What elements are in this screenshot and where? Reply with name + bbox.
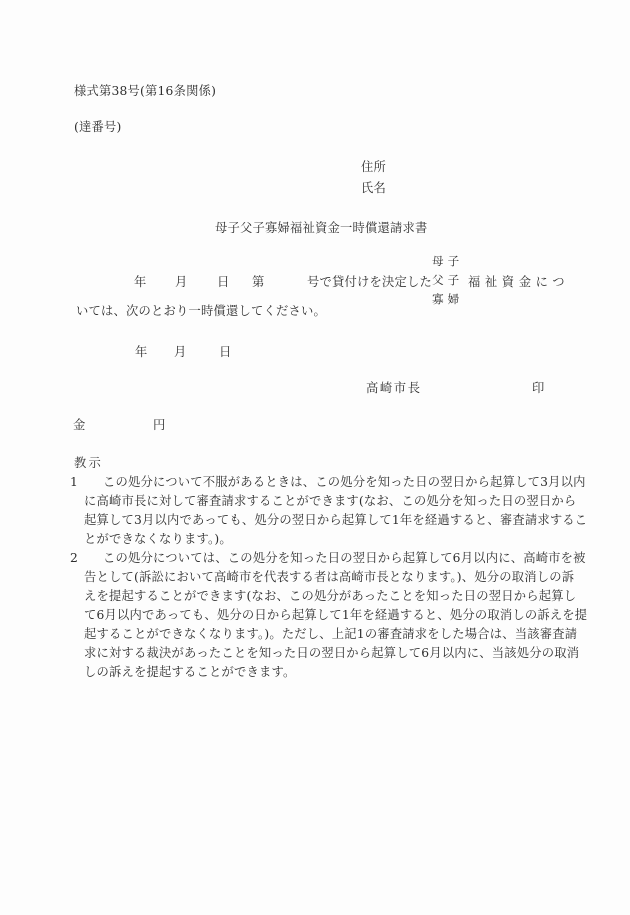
request-continuation-text: いては、次のとおり一時償還してください。 [76,304,326,319]
form-number: 様式第38号(第16条関係) [74,84,216,99]
notice-item2-line: 2 この処分については、この処分を知った日の翌日から起算して6月以内に、高崎市を… [70,551,586,566]
notice-item1-line: 起算して3月以内であっても、処分の翌日から起算して1年を経過すると、審査請求する… [84,513,587,528]
request-fund-text: 福祉資金につ [468,275,569,290]
notice-item2-line: 起することができなくなります。)。ただし、上記1の審査請求をした場合は、当該審査… [84,627,577,642]
request-month-label: 月 [175,275,188,290]
loan-category-fushi: 父子 [432,273,463,287]
request-day-label: 日 [217,275,230,290]
amount-prefix-label: 金 [73,418,86,433]
name-label: 氏名 [361,181,386,196]
notice-heading: 教示 [74,456,103,471]
document-title: 母子父子寡婦福祉資金一時償還請求書 [215,221,427,236]
request-number-prefix: 第 [252,275,265,290]
notice-item2-line: しの訴えを提起することができます。 [84,665,295,680]
date-day-label: 日 [219,345,232,360]
notice-item2-line: えを提起することができます(なお、この処分があったことを知った日の翌日から起算し [84,589,576,604]
doc-ref-number: (達番号) [74,120,122,135]
address-label: 住所 [361,160,386,175]
seal-label: 印 [532,381,545,396]
document-page: 様式第38号(第16条関係) (達番号) 住所 氏名 母子父子寡婦福祉資金一時償… [0,0,630,915]
notice-item2-line: 告として(訴訟において高崎市を代表する者は高崎市長となります。)、処分の取消しの… [84,570,574,585]
amount-unit-label: 円 [153,418,166,433]
request-year-label: 年 [134,275,147,290]
loan-category-kafu: 寡婦 [432,292,463,306]
date-year-label: 年 [135,345,148,360]
loan-category-boshi: 母子 [432,254,463,268]
date-month-label: 月 [174,345,187,360]
notice-item2-line: て6月以内であっても、処分の日から起算して1年を経過すると、処分の取消しの訴えを… [84,608,587,623]
notice-item2-line: 求に対する裁決があったことを知った日の翌日から起算して6月以内に、当該処分の取消 [84,646,579,661]
notice-item1-line: 1 この処分について不服があるときは、この処分を知った日の翌日から起算して3月以… [70,475,586,490]
mayor-label: 高崎市長 [366,381,422,396]
notice-item1-line: とができなくなります。)。 [84,532,232,547]
notice-item1-line: に高崎市長に対して審査請求することができます(なお、この処分を知った日の翌日から [84,494,576,509]
request-decided-text: 号で貸付けを決定した [307,275,432,290]
